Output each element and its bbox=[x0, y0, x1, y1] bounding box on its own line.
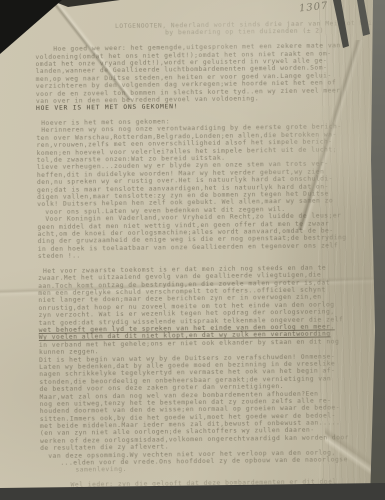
heading-line: by benadering op tien duizenden (± 2) bbox=[165, 27, 365, 37]
typewritten-text: LOTGENOOTEN, Nederland wordt sinds drie … bbox=[35, 20, 371, 497]
scanned-document: LOTGENOOTEN, Nederland wordt sinds drie … bbox=[0, 0, 385, 500]
